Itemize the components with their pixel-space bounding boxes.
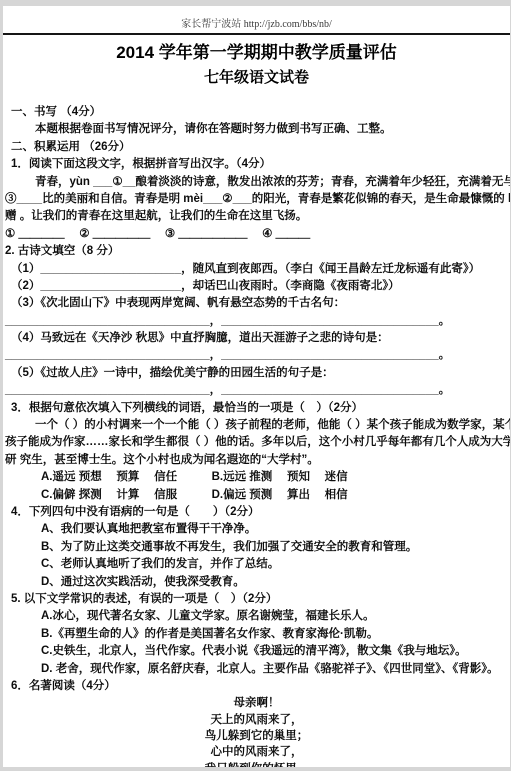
question-3-options-row: C.偏僻 探测 计算 信服 D.偏远 预测 算出 相信: [11, 487, 502, 504]
question-5-option: D. 老舍，现代作家，原名舒庆春，北京人。主要作品《骆驼祥子》、《四世同堂》、《…: [11, 661, 502, 678]
exam-page: 家长帮宁波站 http://jzb.com/bbs/nb/ 2014 学年第一学…: [3, 6, 510, 767]
question-2-blank-line: ________________________________，_______…: [5, 382, 502, 399]
question-4-option: B、为了防止这类交通事故不再发生，我们加强了交通安全的教育和管理。: [11, 539, 502, 556]
question-5-option: C.史铁生，北京人，当代作家。代表小说《我遥远的清平湾》，散文集《我与地坛》。: [11, 643, 502, 660]
question-4-option: A、我们要认真地把教室布置得干干净净。: [11, 521, 502, 538]
question-1-prompt: 1．阅读下面这段文字，根据拼音写出汉字。（4分）: [11, 156, 502, 173]
question-6-prompt: 6．名著阅读（4分）: [11, 678, 502, 695]
poem-line: 母亲啊！: [11, 695, 502, 711]
question-2-item: （3）《次北固山下》中表现两岸宽阔、帆有悬空态势的千古名句：: [11, 295, 502, 312]
question-1-paragraph-line: ③____比的美丽和自信。青春是明 mèi___②___的阳光，青春是繁花似锦的…: [5, 191, 502, 208]
question-2-prompt: 2. 古诗文填空（8 分）: [5, 243, 502, 260]
question-4-option: C、老师认真地听了我们的发言，并作了总结。: [11, 556, 502, 573]
section-1-heading: 一、书写 （4分）: [11, 104, 502, 121]
question-2-item: （5）《过故人庄》一诗中，描绘优美宁静的田园生活的句子是：: [11, 365, 502, 382]
question-4-prompt: 4．下列四句中没有语病的一句是（ ）（2分）: [11, 504, 502, 521]
question-3-paragraph-line: 一个（ ）的小村调来一个一个能（ ）孩子前程的老师，他能（ ）某个孩子能成为数学…: [11, 417, 502, 434]
question-3-paragraph-line: 研 究生，甚至博士生。这个小村也成为闻名遐迩的“大学村”。: [5, 452, 502, 469]
question-2-item: （4）马致远在《天净沙 秋思》中直抒胸臆，道出天涯游子之悲的诗句是：: [11, 330, 502, 347]
exam-title: 2014 学年第一学期期中教学质量评估: [3, 43, 510, 63]
section-2-heading: 二、积累运用 （26分）: [11, 139, 502, 156]
exam-body: 一、书写 （4分） 本题根据卷面书写情况评分，请你在答题时努力做到书写正确、工整…: [3, 104, 510, 767]
question-5-prompt: 5. 以下文学常识的表述，有误的一项是（ ）（2分）: [11, 591, 502, 608]
question-2-blank-line: ________________________________，_______…: [5, 347, 502, 364]
question-2-item: （2）______________________，却话巴山夜雨时。（李商隐《夜…: [11, 278, 502, 295]
poem-line: 心中的风雨来了，: [11, 744, 502, 760]
header-divider: [3, 33, 510, 35]
question-1-answer-blanks: ① ＿＿＿＿ ② ＿＿＿＿＿ ③ ＿＿＿＿＿＿ ④ ＿＿＿: [5, 226, 502, 243]
poem-line: 鸟儿躲到它的巢里；: [11, 728, 502, 744]
question-5-option: A.冰心，现代著名女家、儿童文学家。原名谢婉莹，福建长乐人。: [11, 608, 502, 625]
question-1-paragraph-line: 赠 。让我们的青春在这里起航，让我们的生命在这里飞扬。: [5, 208, 502, 225]
question-1-paragraph-line: 青春，yùn ___①__酿着淡淡的诗意，散发出浓浓的芬芳；青春，充满着年少轻狂…: [11, 174, 502, 191]
question-3-paragraph-line: 孩子能成为作家……家长和学生都很（ ）他的话。多年以后，这个小村几乎每年都有几个…: [5, 434, 502, 451]
exam-subtitle: 七年级语文试卷: [3, 68, 510, 88]
poem-line: 我只躲到你的怀里。: [11, 761, 502, 767]
question-3-options-row: A.遥远 预想 预算 信任 B.远远 推测 预知 迷信: [11, 469, 502, 486]
section-1-body: 本题根据卷面书写情况评分，请你在答题时努力做到书写正确、工整。: [11, 121, 502, 138]
question-5-option: B.《再塑生命的人》的作者是美国著名女作家、教育家海伦·凯勒。: [11, 626, 502, 643]
question-2-item: （1）______________________，随风直到夜郎西。（李白《闻王…: [11, 261, 502, 278]
poem: 母亲啊！ 天上的风雨来了， 鸟儿躲到它的巢里； 心中的风雨来了， 我只躲到你的怀…: [11, 695, 502, 767]
poem-line: 天上的风雨来了，: [11, 712, 502, 728]
question-3-prompt: 3．根据句意依次填入下列横线的词语，最恰当的一项是（ ）（2分）: [11, 400, 502, 417]
site-header-text: 家长帮宁波站 http://jzb.com/bbs/nb/: [3, 6, 510, 30]
question-2-blank-line: ________________________________，_______…: [5, 313, 502, 330]
question-4-option: D、通过这次实践活动，使我深受教育。: [11, 574, 502, 591]
